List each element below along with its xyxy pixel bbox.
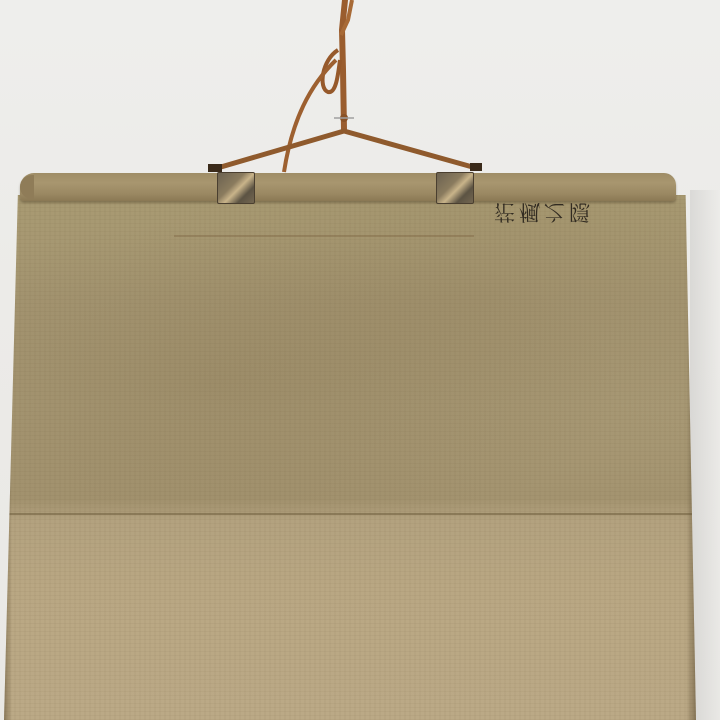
scroll-body <box>4 195 696 720</box>
panel-seam <box>4 513 696 515</box>
upper-panel <box>4 195 696 513</box>
fabric-crease <box>174 235 474 237</box>
scroll-shadow <box>690 190 720 720</box>
top-rod <box>20 173 676 201</box>
left-ring-fitting <box>217 172 255 204</box>
cord-icon <box>0 0 720 200</box>
right-ring-fitting <box>436 172 474 204</box>
inscription-label: 茫楓之隠 <box>494 198 594 228</box>
